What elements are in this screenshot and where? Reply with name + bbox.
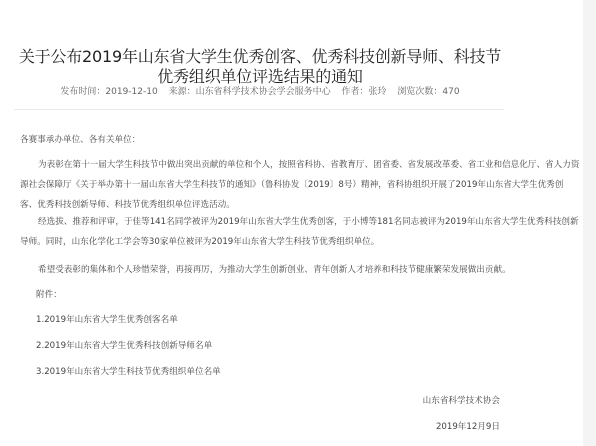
paragraph-1: 为表彰在第十一届大学生科技节中做出突出贡献的单位和个人，按照省科协、省教育厅、团… [20,155,580,215]
publish-info: 发布时间：2019-12-10 [60,87,157,97]
article-page: 关于公布2019年山东省大学生优秀创客、优秀科技创新导师、科技节优秀组织单位评选… [0,0,583,446]
publish-date: 2019-12-10 [105,87,157,97]
author-name: 张玲 [369,87,387,97]
source-info: 来源：山东省科学技术协会学会服务中心 [169,87,331,97]
paragraph-3: 希望受表彰的集体和个人珍惜荣誉，再接再厉，为推动大学生创新创业、青年创新人才培养… [20,260,580,280]
publish-label: 发布时间： [60,87,105,97]
views-count: 470 [442,87,459,97]
page-side-margin [583,0,596,446]
article-meta: 发布时间：2019-12-10 来源：山东省科学技术协会学会服务中心 作者：张玲… [0,84,520,97]
source-label: 来源： [169,87,196,97]
views-info: 浏览次数：470 [397,87,459,97]
views-label: 浏览次数： [397,87,442,97]
salutation: 各赛事承办单位、各有关单位： [20,130,580,150]
source-name: 山东省科学技术协会学会服务中心 [196,87,331,97]
author-info: 作者：张玲 [342,87,387,97]
signature-date: 2019年12月9日 [436,420,500,432]
attachment-link-2[interactable]: 2.2019年山东省大学生优秀科技创新导师名单 [36,339,212,351]
attachments-label: 附件： [36,288,62,300]
article-title: 关于公布2019年山东省大学生优秀创客、优秀科技创新导师、科技节优秀组织单位评选… [14,47,506,87]
attachment-link-1[interactable]: 1.2019年山东省大学生优秀创客名单 [36,313,178,325]
author-label: 作者： [342,87,369,97]
paragraph-2: 经选拔、推荐和评审，于佳等141名同学被评为2019年山东省大学生优秀创客，于小… [20,212,580,252]
signature-organization: 山东省科学技术协会 [423,394,500,406]
title-divider [14,109,504,110]
attachment-link-3[interactable]: 3.2019年山东省大学生科技节优秀组织单位名单 [36,365,221,377]
